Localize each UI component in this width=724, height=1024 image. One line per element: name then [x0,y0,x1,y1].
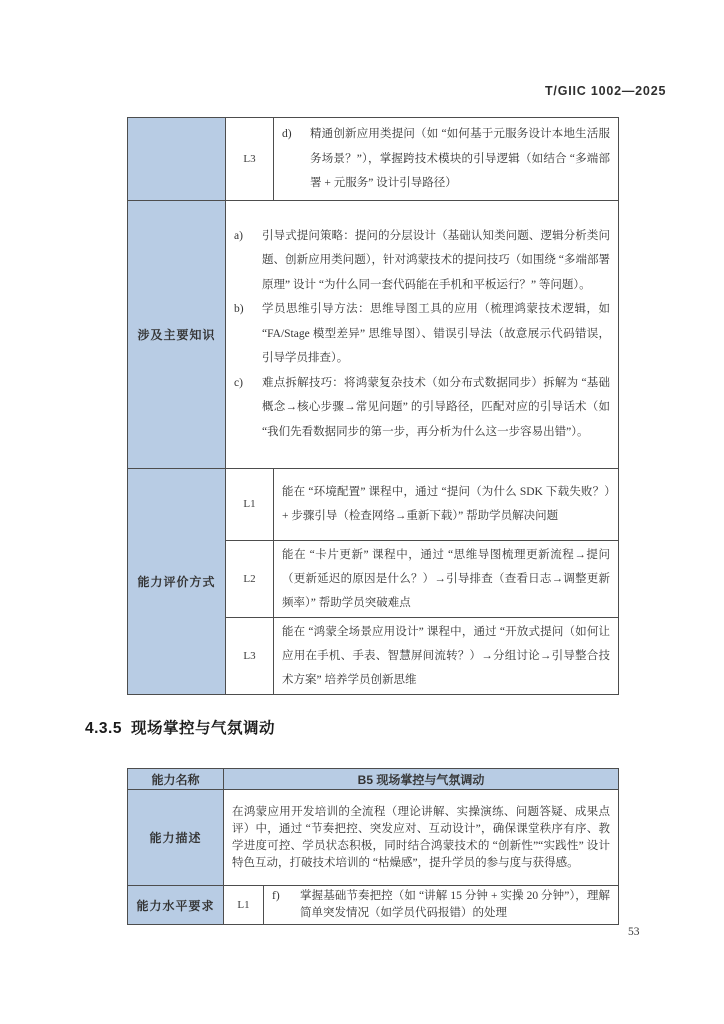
table-row: 能力描述 在鸿蒙应用开发培训的全流程（理论讲解、实操演练、问题答疑、成果点评）中… [128,790,619,886]
list-item: b) 学员思维引导方法：思维导图工具的应用（梳理鸿蒙技术逻辑，如 “FA/Sta… [234,297,610,371]
level-cell: L2 [226,540,274,617]
section-title: 现场掌控与气氛调动 [131,720,275,737]
content-cell: d) 精通创新应用类提问（如 “如何基于元服务设计本地生活服务场景？”），掌握跨… [274,118,619,201]
table-row: 涉及主要知识 a) 引导式提问策略：提问的分层设计（基础认知类问题、逻辑分析类问… [128,200,619,468]
list-marker: f) [272,888,300,905]
content-cell: 能在 “卡片更新” 课程中，通过 “思维导图梳理更新流程→提问（更新延迟的原因是… [274,540,619,617]
content-cell: 能在 “环境配置” 课程中，通过 “提问（为什么 SDK 下载失败？）+ 步骤引… [274,468,619,540]
section-number: 4.3.5 [85,720,122,737]
level-cell: L3 [226,118,274,201]
list-marker: a) [234,224,262,249]
list-item: f) 掌握基础节奏把控（如 “讲解 15 分钟 + 实操 20 分钟”），理解简… [272,888,610,922]
level-cell: L1 [226,468,274,540]
list-item: d) 精通创新应用类提问（如 “如何基于元服务设计本地生活服务场景？”），掌握跨… [282,122,610,196]
list-marker: b) [234,297,262,322]
list-text: 掌握基础节奏把控（如 “讲解 15 分钟 + 实操 20 分钟”），理解简单突发… [300,888,610,922]
label-cell-level-req: 能力水平要求 [128,886,224,925]
page-number: 53 [628,926,640,938]
label-cell-name: 能力名称 [128,769,224,790]
section-heading: 4.3.5现场掌控与气氛调动 [85,716,275,738]
document-page: T/GIIC 1002—2025 L3 d) 精通创新应用类提问（如 “如何基于… [0,0,724,1024]
list-marker: c) [234,371,262,396]
label-cell-knowledge: 涉及主要知识 [128,200,226,468]
list-text: 引导式提问策略：提问的分层设计（基础认知类问题、逻辑分析类问题、创新应用类问题）… [262,224,610,298]
table-row: 能力名称 B5 现场掌控与气氛调动 [128,769,619,790]
capability-table-qa: L3 d) 精通创新应用类提问（如 “如何基于元服务设计本地生活服务场景？”），… [127,117,619,695]
table-row: 能力评价方式 L1 能在 “环境配置” 课程中，通过 “提问（为什么 SDK 下… [128,468,619,540]
list-item: c) 难点拆解技巧：将鸿蒙复杂技术（如分布式数据同步）拆解为 “基础概念→核心步… [234,371,610,445]
list-item: a) 引导式提问策略：提问的分层设计（基础认知类问题、逻辑分析类问题、创新应用类… [234,224,610,298]
level-cell: L3 [226,617,274,694]
list-marker: d) [282,122,310,147]
label-cell-description: 能力描述 [128,790,224,886]
capability-name-cell: B5 现场掌控与气氛调动 [224,769,619,790]
capability-table-b5: 能力名称 B5 现场掌控与气氛调动 能力描述 在鸿蒙应用开发培训的全流程（理论讲… [127,768,619,925]
content-cell: f) 掌握基础节奏把控（如 “讲解 15 分钟 + 实操 20 分钟”），理解简… [264,886,619,925]
list-text: 难点拆解技巧：将鸿蒙复杂技术（如分布式数据同步）拆解为 “基础概念→核心步骤→常… [262,371,610,445]
label-cell-evaluation: 能力评价方式 [128,468,226,694]
description-cell: 在鸿蒙应用开发培训的全流程（理论讲解、实操演练、问题答疑、成果点评）中，通过 “… [224,790,619,886]
level-cell: L1 [224,886,264,925]
content-cell: a) 引导式提问策略：提问的分层设计（基础认知类问题、逻辑分析类问题、创新应用类… [226,200,619,468]
table-row: L3 d) 精通创新应用类提问（如 “如何基于元服务设计本地生活服务场景？”），… [128,118,619,201]
doc-code: T/GIIC 1002—2025 [545,84,660,98]
list-text: 学员思维引导方法：思维导图工具的应用（梳理鸿蒙技术逻辑，如 “FA/Stage … [262,297,610,371]
table-row: 能力水平要求 L1 f) 掌握基础节奏把控（如 “讲解 15 分钟 + 实操 2… [128,886,619,925]
label-cell-empty [128,118,226,201]
content-cell: 能在 “鸿蒙全场景应用设计” 课程中，通过 “开放式提问（如何让应用在手机、手表… [274,617,619,694]
list-text: 精通创新应用类提问（如 “如何基于元服务设计本地生活服务场景？”），掌握跨技术模… [310,122,610,196]
